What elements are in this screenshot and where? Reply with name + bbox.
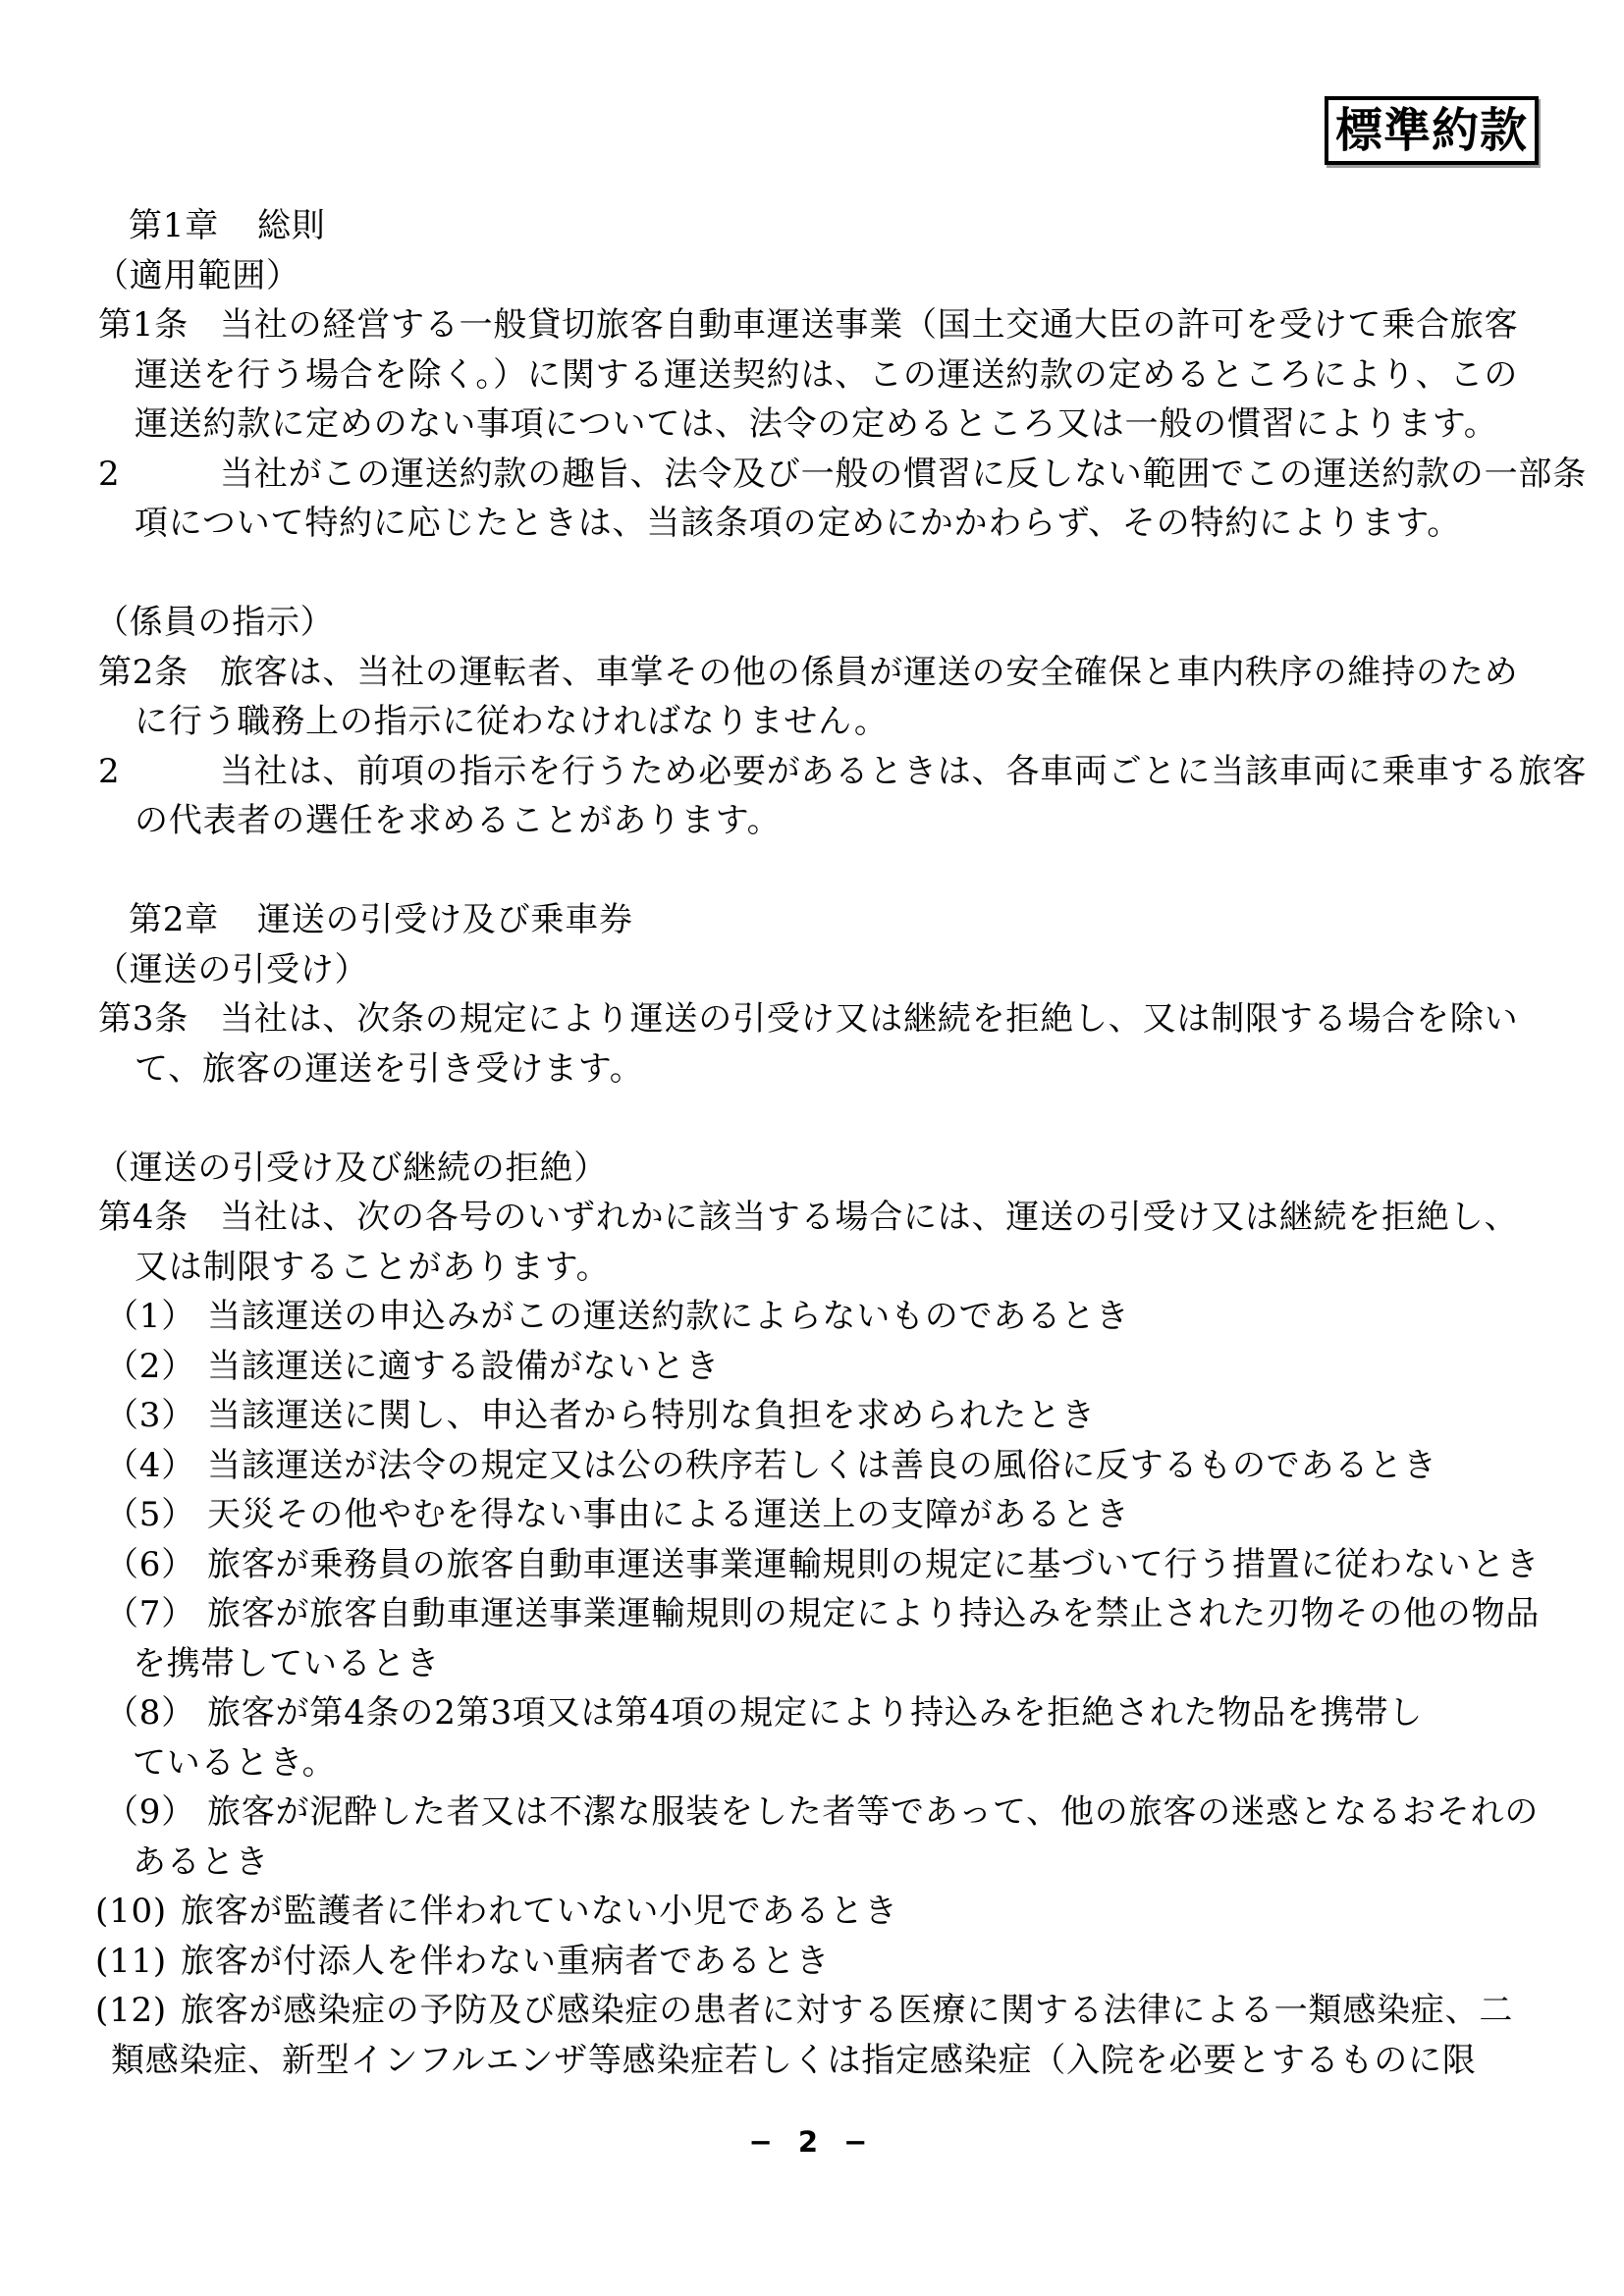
line-number: （2）: [105, 1342, 207, 1392]
line-text: （運送の引受け）: [95, 950, 368, 989]
standard-terms-badge: 標準約款: [1325, 96, 1539, 165]
line-text: 旅客が監護者に伴われていない小児であるとき: [181, 1892, 898, 1931]
line-text: 当社は、次の各号のいずれかに該当する場合には、運送の引受け又は継続を拒絶し、: [220, 1198, 1518, 1237]
line-text: 当該運送が法令の規定又は公の秩序若しくは善良の風俗に反するものであるとき: [207, 1446, 1437, 1485]
doc-line: 運送約款に定めのない事項については、法令の定めるところ又は一般の慣習によります。: [0, 400, 1624, 450]
line-text: に行う職務上の指示に従わなければなりません。: [135, 702, 889, 741]
line-text: 運送を行う場合を除く。）に関する運送契約は、この運送約款の定めるところにより、こ…: [135, 355, 1518, 395]
line-number: （6）: [105, 1540, 207, 1590]
doc-line: （運送の引受け）: [0, 945, 1624, 995]
line-text: 類感染症、新型インフルエンザ等感染症若しくは指定感染症（入院を必要とするものに限: [111, 2041, 1477, 2080]
doc-line: 第2条旅客は、当社の運転者、車掌その他の係員が運送の安全確保と車内秩序の維持のた…: [0, 648, 1624, 698]
doc-line: て、旅客の運送を引き受けます。: [0, 1044, 1624, 1095]
line-text: 当該運送に適する設備がないとき: [207, 1347, 720, 1386]
doc-line: (11)旅客が付添人を伴わない重病者であるとき: [0, 1937, 1624, 1987]
doc-line: （8）旅客が第4条の2第3項又は第4項の規定により持込みを拒絶された物品を携帯し: [0, 1688, 1624, 1738]
line-text: を携帯しているとき: [133, 1644, 440, 1683]
line-number: (12): [95, 1986, 181, 2036]
line-number: （9）: [105, 1788, 207, 1838]
line-text: ているとき。: [133, 1743, 336, 1783]
doc-line: 2当社がこの運送約款の趣旨、法令及び一般の慣習に反しない範囲でこの運送約款の一部…: [0, 450, 1624, 500]
line-text: 又は制限することがあります。: [135, 1248, 610, 1287]
doc-line: （5）天災その他やむを得ない事由による運送上の支障があるとき: [0, 1490, 1624, 1540]
doc-line: （4）当該運送が法令の規定又は公の秩序若しくは善良の風俗に反するものであるとき: [0, 1441, 1624, 1491]
doc-line: 第1章総則: [0, 201, 1624, 251]
doc-line: (10)旅客が監護者に伴われていない小児であるとき: [0, 1887, 1624, 1937]
line-number: 2: [98, 747, 220, 797]
doc-line: の代表者の選任を求めることがあります。: [0, 796, 1624, 846]
line-number: 第2条: [98, 648, 220, 698]
line-text: （係員の指示）: [95, 603, 335, 642]
line-number: 2: [98, 450, 220, 500]
line-text: （適用範囲）: [95, 256, 300, 295]
line-text: 項について特約に応じたときは、当該条項の定めにかかわらず、その特約によります。: [135, 504, 1461, 543]
doc-line: (12)旅客が感染症の予防及び感染症の患者に対する医療に関する法律による一類感染…: [0, 1986, 1624, 2036]
page-number: − 2 −: [0, 2123, 1624, 2161]
line-text: 当社がこの運送約款の趣旨、法令及び一般の慣習に反しない範囲でこの運送約款の一部条: [220, 454, 1587, 494]
document-body: 第1章総則（適用範囲）第1条当社の経営する一般貸切旅客自動車運送事業（国土交通大…: [0, 201, 1624, 2085]
line-text: 旅客が旅客自動車運送事業運輸規則の規定により持込みを禁止された刃物その他の物品: [207, 1594, 1540, 1633]
line-number: （8）: [105, 1688, 207, 1738]
line-number: （4）: [105, 1441, 207, 1491]
line-text: の代表者の選任を求めることがあります。: [135, 801, 781, 840]
line-text: 当社は、前項の指示を行うため必要があるときは、各車両ごとに当該車両に乗車する旅客: [220, 752, 1587, 791]
line-text: 運送の引受け及び乗車券: [257, 900, 633, 939]
line-number: （7）: [105, 1589, 207, 1639]
line-number: 第3条: [98, 994, 220, 1044]
line-text: （運送の引受け及び継続の拒絶）: [95, 1148, 608, 1188]
doc-line: 類感染症、新型インフルエンザ等感染症若しくは指定感染症（入院を必要とするものに限: [0, 2036, 1624, 2086]
line-text: 旅客が第4条の2第3項又は第4項の規定により持込みを拒絶された物品を携帯し: [207, 1693, 1423, 1733]
line-text: 運送約款に定めのない事項については、法令の定めるところ又は一般の慣習によります。: [135, 404, 1498, 444]
line-text: て、旅客の運送を引き受けます。: [135, 1049, 644, 1089]
doc-line: ているとき。: [0, 1738, 1624, 1789]
line-number: (11): [95, 1937, 181, 1987]
line-text: 旅客が付添人を伴わない重病者であるとき: [181, 1942, 830, 1981]
line-text: 当社は、次条の規定により運送の引受け又は継続を拒絶し、又は制限する場合を除い: [220, 999, 1518, 1039]
line-number: （5）: [105, 1490, 207, 1540]
line-number: 第1章: [129, 201, 257, 251]
doc-line: （運送の引受け及び継続の拒絶）: [0, 1144, 1624, 1194]
doc-line: 2当社は、前項の指示を行うため必要があるときは、各車両ごとに当該車両に乗車する旅…: [0, 747, 1624, 797]
doc-line: （9）旅客が泥酔した者又は不潔な服装をした者等であって、他の旅客の迷惑となるおそ…: [0, 1788, 1624, 1838]
doc-line: （1）当該運送の申込みがこの運送約款によらないものであるとき: [0, 1292, 1624, 1342]
line-text: 天災その他やむを得ない事由による運送上の支障があるとき: [207, 1495, 1130, 1534]
line-number: (10): [95, 1887, 181, 1937]
doc-line: 運送を行う場合を除く。）に関する運送契約は、この運送約款の定めるところにより、こ…: [0, 350, 1624, 400]
doc-line: （3）当該運送に関し、申込者から特別な負担を求められたとき: [0, 1391, 1624, 1441]
line-number: （3）: [105, 1391, 207, 1441]
doc-line: （6）旅客が乗務員の旅客自動車運送事業運輸規則の規定に基づいて行う措置に従わない…: [0, 1540, 1624, 1590]
line-number: 第4条: [98, 1193, 220, 1243]
line-text: 旅客が感染症の予防及び感染症の患者に対する医療に関する法律による一類感染症、二: [181, 1991, 1513, 2030]
doc-line: （係員の指示）: [0, 598, 1624, 648]
line-text: 旅客が泥酔した者又は不潔な服装をした者等であって、他の旅客の迷惑となるおそれの: [207, 1792, 1539, 1832]
line-text: 当該運送の申込みがこの運送約款によらないものであるとき: [207, 1297, 1130, 1336]
doc-line: （2）当該運送に適する設備がないとき: [0, 1342, 1624, 1392]
document-page: 標準約款 第1章総則（適用範囲）第1条当社の経営する一般貸切旅客自動車運送事業（…: [0, 0, 1624, 2296]
line-text: 旅客が乗務員の旅客自動車運送事業運輸規則の規定に基づいて行う措置に従わないとき: [207, 1545, 1540, 1584]
doc-line: （7）旅客が旅客自動車運送事業運輸規則の規定により持込みを禁止された刃物その他の…: [0, 1589, 1624, 1639]
line-number: 第1条: [98, 300, 220, 350]
line-number: 第2章: [129, 895, 257, 945]
doc-line: （適用範囲）: [0, 251, 1624, 301]
doc-line: 第4条当社は、次の各号のいずれかに該当する場合には、運送の引受け又は継続を拒絶し…: [0, 1193, 1624, 1243]
doc-line: を携帯しているとき: [0, 1639, 1624, 1689]
line-text: あるとき: [133, 1842, 269, 1882]
line-text: 当該運送に関し、申込者から特別な負担を求められたとき: [207, 1396, 1096, 1435]
doc-line: 項について特約に応じたときは、当該条項の定めにかかわらず、その特約によります。: [0, 499, 1624, 549]
doc-line: に行う職務上の指示に従わなければなりません。: [0, 697, 1624, 747]
line-text: 総則: [257, 206, 326, 245]
doc-line: 第1条当社の経営する一般貸切旅客自動車運送事業（国土交通大臣の許可を受けて乗合旅…: [0, 300, 1624, 350]
doc-line: あるとき: [0, 1838, 1624, 1888]
line-text: 旅客は、当社の運転者、車掌その他の係員が運送の安全確保と車内秩序の維持のため: [220, 653, 1518, 692]
doc-line: 第3条当社は、次条の規定により運送の引受け又は継続を拒絶し、又は制限する場合を除…: [0, 994, 1624, 1044]
doc-line: 又は制限することがあります。: [0, 1243, 1624, 1293]
doc-line: 第2章運送の引受け及び乗車券: [0, 895, 1624, 945]
line-text: 当社の経営する一般貸切旅客自動車運送事業（国土交通大臣の許可を受けて乗合旅客: [220, 305, 1518, 345]
blank-line: [0, 1094, 1624, 1144]
line-number: （1）: [105, 1292, 207, 1342]
blank-line: [0, 549, 1624, 599]
blank-line: [0, 846, 1624, 896]
